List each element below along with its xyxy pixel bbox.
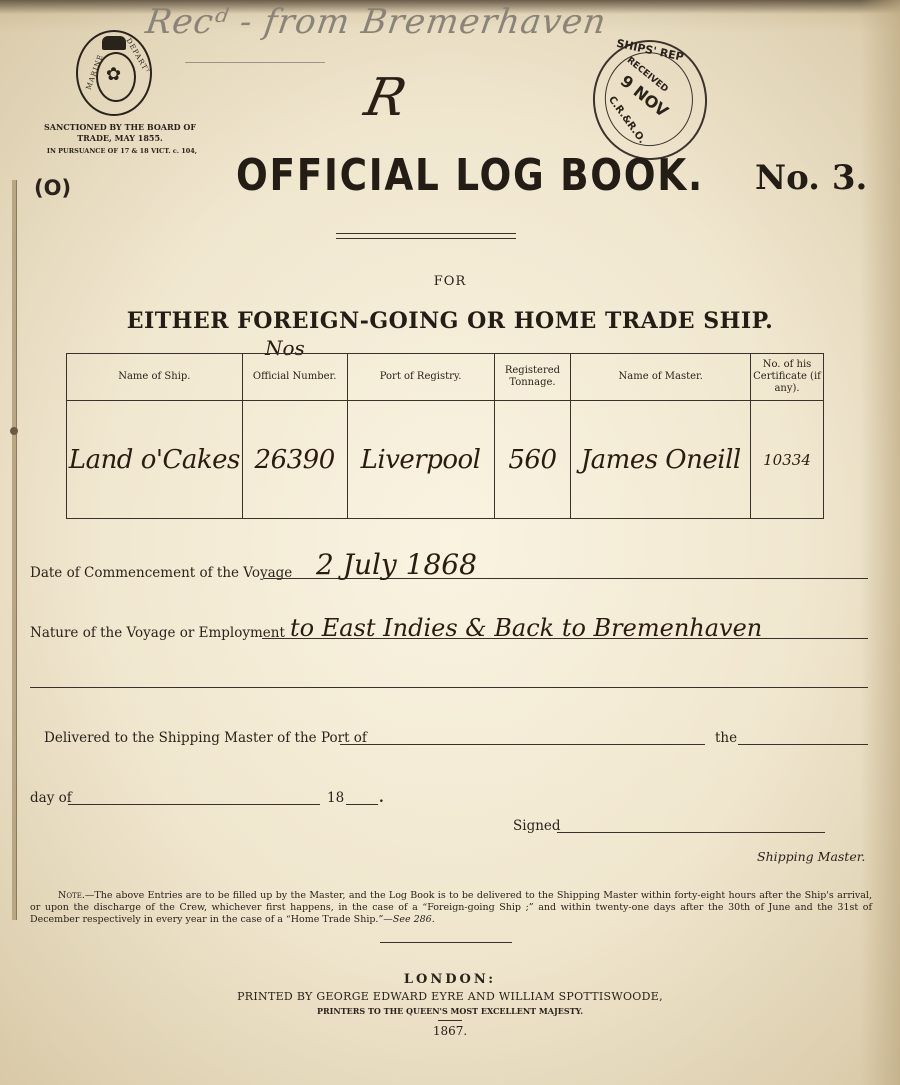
section-divider (380, 942, 512, 943)
marine-department-seal-icon: MARINE DEPARTᵀ (76, 30, 152, 116)
day-blank[interactable] (738, 744, 868, 745)
signature-blank[interactable] (557, 832, 825, 833)
delivered-label: Delivered to the Shipping Master of the … (44, 730, 367, 746)
binding-stitch (10, 427, 18, 435)
pencil-annotation: Recᵈ - from Bremerhaven (143, 2, 609, 42)
certificate-cell: 10334 (751, 401, 824, 519)
shipping-master-label: Shipping Master. (757, 849, 865, 864)
year-divider (438, 1020, 462, 1021)
port-blank[interactable] (340, 744, 705, 745)
imprint-city: LONDON: (0, 972, 900, 987)
imprint-majesty: PRINTERS TO THE QUEEN'S MOST EXCELLENT M… (0, 1006, 900, 1016)
column-header-tonnage: Registered Tonnage. (494, 354, 571, 401)
form-code: (O) (34, 176, 71, 200)
pursuance-note: IN PURSUANCE OF 17 & 18 VICT. c. 104, (42, 147, 202, 155)
year-blank[interactable] (346, 804, 378, 805)
for-label: FOR (0, 274, 900, 289)
table-header-row: Name of Ship. Official Number. Port of R… (67, 354, 824, 401)
master-cell: James Oneill (571, 401, 751, 519)
crown-icon (102, 36, 126, 50)
title-divider (336, 233, 516, 239)
the-label: the (715, 730, 737, 746)
page-subtitle: EITHER FOREIGN-GOING OR HOME TRADE SHIP. (0, 308, 900, 334)
commencement-value[interactable]: 2 July 1868 (316, 548, 477, 581)
signed-label: Signed (513, 818, 561, 834)
nature-label: Nature of the Voyage or Employment (30, 625, 285, 641)
ship-details-table: Name of Ship. Official Number. Port of R… (66, 353, 824, 519)
imprint-printer: PRINTED BY GEORGE EDWARD EYRE AND WILLIA… (0, 990, 900, 1003)
official-number-cell: 26390 (242, 401, 347, 519)
year-prefix: 18 (327, 790, 344, 806)
date-blank[interactable] (68, 804, 320, 805)
note-reference: See 286. (393, 914, 435, 925)
ship-name-cell: Land o'Cakes (67, 401, 243, 519)
note-text: —The above Entries are to be filled up b… (30, 890, 872, 925)
column-header-certificate: No. of his Certificate (if any). (751, 354, 824, 401)
column-header-ship-name: Name of Ship. (67, 354, 243, 401)
imprint-year: 1867. (0, 1024, 900, 1038)
column-header-master: Name of Master. (571, 354, 751, 401)
pencil-underline (185, 62, 325, 63)
note-lead: Note. (58, 890, 85, 901)
instructions-note: Note.—The above Entries are to be filled… (30, 890, 872, 926)
column-header-official-number: Official Number. (242, 354, 347, 401)
nature-value[interactable]: to East Indies & Back to Bremenhaven (290, 614, 762, 642)
book-number: No. 3. (755, 158, 867, 198)
blank-line[interactable] (30, 687, 868, 688)
tonnage-cell: 560 (494, 401, 571, 519)
commencement-label: Date of Commencement of the Voyage (30, 565, 292, 581)
column-header-port: Port of Registry. (347, 354, 494, 401)
page-title: OFFICIAL LOG BOOK. (236, 150, 704, 201)
day-of-label: day of (30, 790, 72, 806)
period: . (379, 790, 384, 806)
binding-spine (12, 180, 17, 920)
port-cell: Liverpool (347, 401, 494, 519)
sanction-note: SANCTIONED BY THE BOARD OF TRADE, MAY 18… (40, 122, 200, 144)
table-row: Land o'Cakes 26390 Liverpool 560 James O… (67, 401, 824, 519)
